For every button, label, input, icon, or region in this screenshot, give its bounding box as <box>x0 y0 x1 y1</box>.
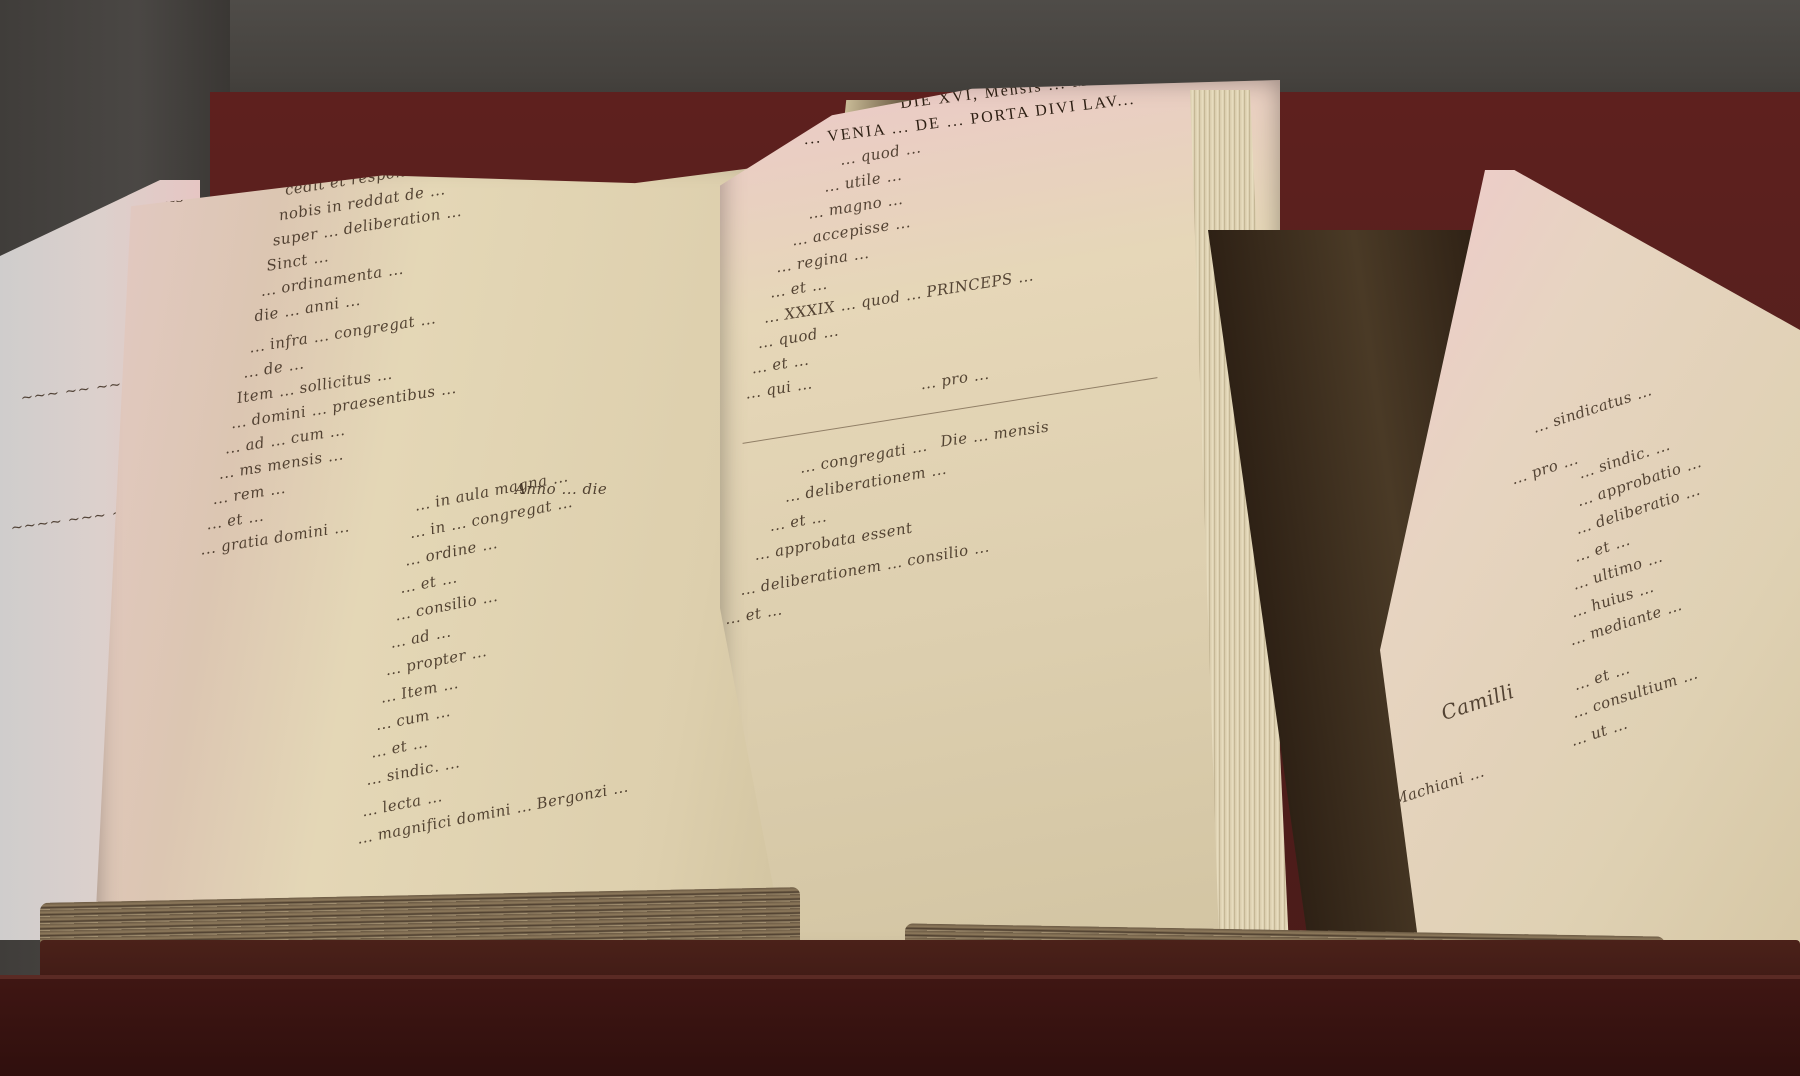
margin-name-camilli: Camilli <box>1438 679 1517 725</box>
left-page: 1183 cedit et respondit domini ... super… <box>95 160 815 930</box>
section-marker: Die ... mensis <box>939 417 1050 450</box>
text-line: ... qui ... <box>744 374 814 402</box>
text-line: ... et ... <box>768 507 828 535</box>
text-line: ... de ... <box>242 354 306 381</box>
text-line: Sinct ... <box>265 247 330 275</box>
display-shelf <box>0 975 1800 1076</box>
text-line: ... et ... <box>768 275 828 302</box>
text-line: ... et ... <box>750 351 810 378</box>
text-line: ... ad ... <box>389 622 453 651</box>
text-line: ... et ... <box>205 507 265 534</box>
text-line: ... XXXIX ... quod ... PRINCEPS ... <box>762 266 1035 326</box>
rule-caption: ... pro ... <box>919 365 990 394</box>
text-line: ... regina ... <box>775 244 871 277</box>
margin-note: ... pro ... <box>1509 450 1581 489</box>
text-line: ... et ... <box>398 568 458 597</box>
text-line: ... rem ... <box>211 479 287 508</box>
text-line: ... et ... <box>369 733 429 762</box>
margin-note: ... sindicatus ... <box>1530 381 1654 437</box>
text-line: ... cum ... <box>374 702 452 734</box>
text-line: ... et ... <box>723 600 783 628</box>
